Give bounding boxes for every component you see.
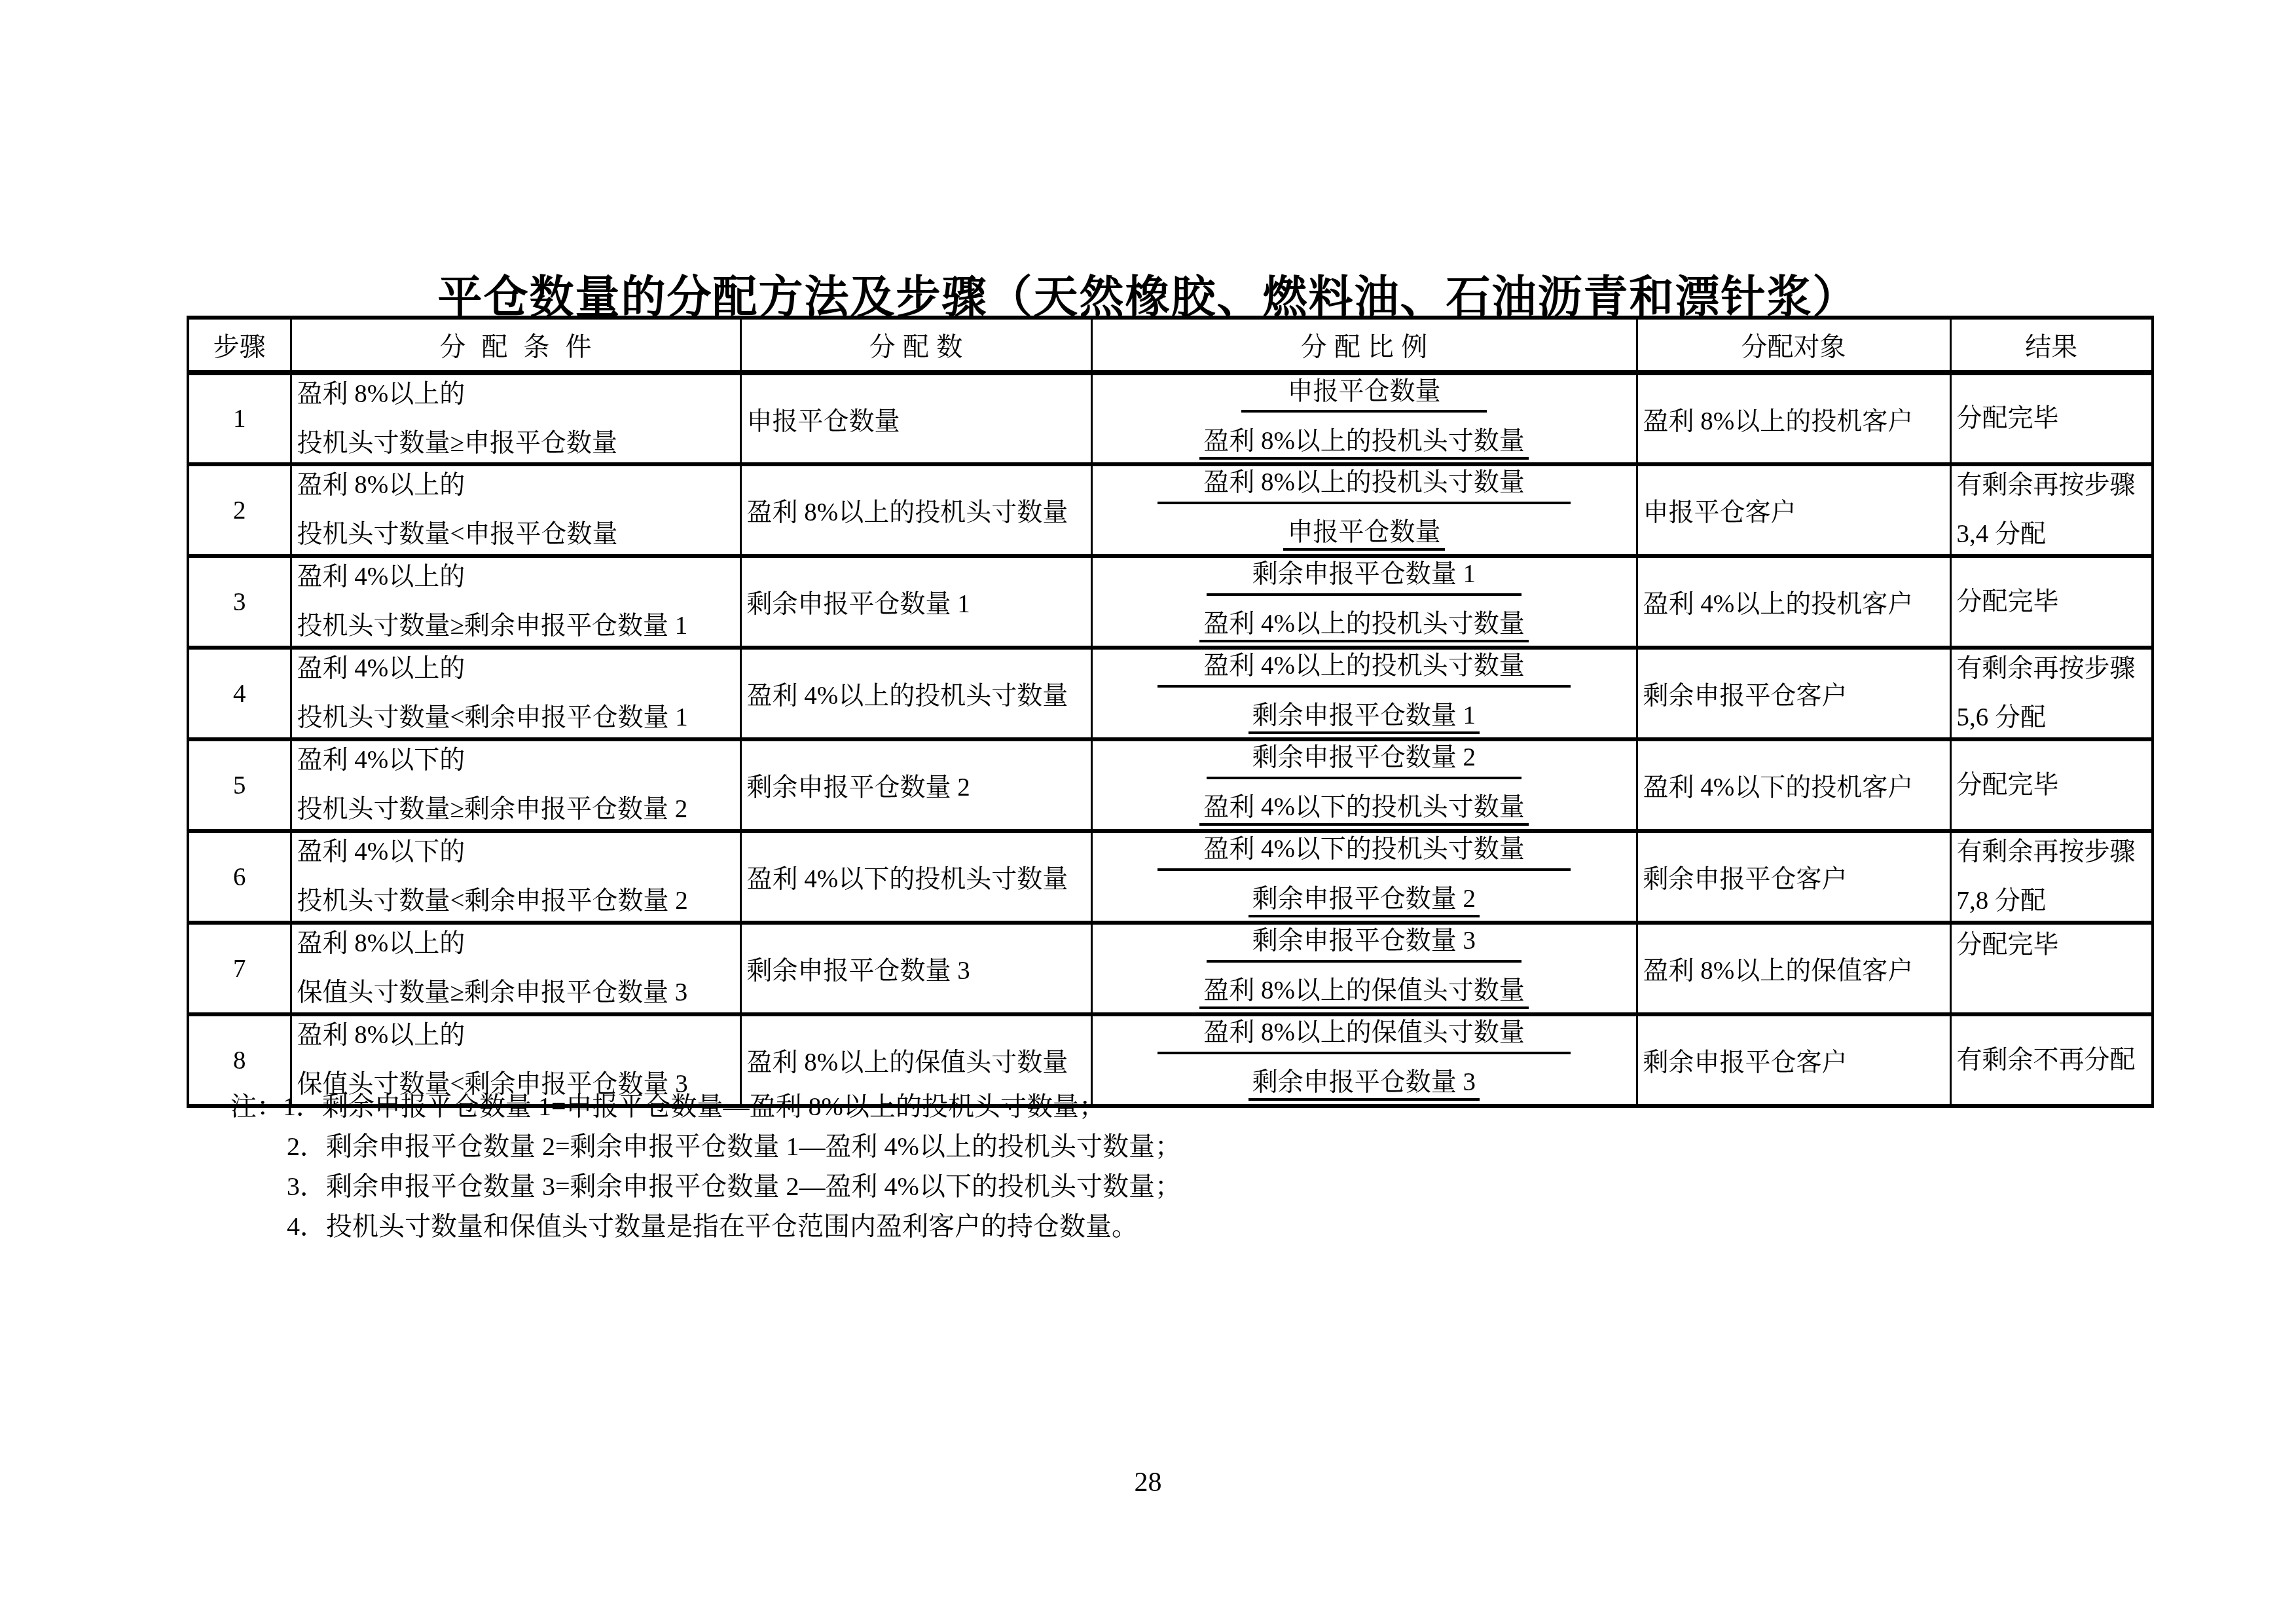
condition-line: 投机头寸数量<剩余申报平仓数量 2: [297, 887, 735, 916]
step-cell: 2: [188, 464, 291, 556]
condition-line: 投机头寸数量≥申报平仓数量: [297, 429, 735, 458]
allocation-number-cell: 剩余申报平仓数量 1: [740, 556, 1091, 648]
fraction-denominator: 剩余申报平仓数量 1: [1248, 703, 1480, 734]
allocation-ratio-cell: 盈利 8%以上的投机头寸数量 申报平仓数量: [1091, 464, 1637, 556]
col-header-condition: 分配条件: [291, 318, 740, 373]
ratio-fraction: 申报平仓数量 盈利 8%以上的投机头寸数量: [1098, 377, 1631, 461]
step-cell: 6: [188, 831, 291, 923]
col-header-result: 结果: [1950, 318, 2153, 373]
fraction-denominator: 盈利 4%以下的投机头寸数量: [1199, 794, 1529, 826]
condition-line: 投机头寸数量<剩余申报平仓数量 1: [297, 703, 735, 733]
note-line: 4．投机头寸数量和保值头寸数量是指在平仓范围内盈利客户的持仓数量。: [230, 1204, 1181, 1244]
step-number: 7: [233, 955, 246, 983]
condition-line: 盈利 8%以上的: [297, 1021, 735, 1050]
condition-line: 盈利 8%以上的: [297, 380, 735, 409]
step-number: 1: [233, 405, 246, 433]
result-line: 有剩余再按步骤: [1957, 838, 2147, 867]
result-line: 有剩余再按步骤: [1957, 654, 2147, 684]
result-cell: 有剩余再按步骤7,8 分配: [1950, 831, 2153, 923]
step-number: 3: [233, 588, 246, 616]
fraction-denominator: 盈利 8%以上的保值头寸数量: [1199, 978, 1529, 1009]
fraction-numerator: 盈利 8%以上的投机头寸数量: [1157, 470, 1571, 504]
ratio-fraction: 盈利 4%以上的投机头寸数量 剩余申报平仓数量 1: [1098, 652, 1631, 735]
fraction-numerator: 申报平仓数量: [1241, 378, 1486, 413]
table-row: 5 盈利 4%以下的 投机头寸数量≥剩余申报平仓数量 2 剩余申报平仓数量 2 …: [188, 739, 2153, 831]
condition-cell: 盈利 4%以上的 投机头寸数量≥剩余申报平仓数量 1: [291, 556, 740, 648]
allocation-target-cell: 盈利 4%以下的投机客户: [1637, 739, 1950, 831]
col-header-step: 步骤: [188, 318, 291, 373]
page-number: 28: [0, 1467, 2296, 1498]
result-line: 7,8 分配: [1957, 887, 2147, 916]
condition-line: 投机头寸数量<申报平仓数量: [297, 520, 735, 549]
allocation-ratio-cell: 剩余申报平仓数量 2 盈利 4%以下的投机头寸数量: [1091, 739, 1637, 831]
condition-cell: 盈利 8%以上的 投机头寸数量<申报平仓数量: [291, 464, 740, 556]
condition-line: 盈利 4%以下的: [297, 746, 735, 775]
result-cell: 分配完毕: [1950, 923, 2153, 1014]
fraction-denominator: 盈利 8%以上的投机头寸数量: [1199, 428, 1529, 460]
allocation-number-cell: 盈利 8%以上的投机头寸数量: [740, 464, 1091, 556]
ratio-fraction: 剩余申报平仓数量 3 盈利 8%以上的保值头寸数量: [1098, 927, 1631, 1010]
condition-line: 盈利 4%以下的: [297, 838, 735, 867]
result-cell: 分配完毕: [1950, 373, 2153, 464]
condition-cell: 盈利 4%以下的 投机头寸数量≥剩余申报平仓数量 2: [291, 739, 740, 831]
result-line: 分配完毕: [1957, 587, 2147, 617]
fraction-numerator: 剩余申报平仓数量 2: [1207, 745, 1522, 779]
step-number: 6: [233, 863, 246, 891]
fraction-denominator: 剩余申报平仓数量 3: [1248, 1069, 1480, 1101]
allocation-ratio-cell: 剩余申报平仓数量 1 盈利 4%以上的投机头寸数量: [1091, 556, 1637, 648]
allocation-number-cell: 申报平仓数量: [740, 373, 1091, 464]
allocation-ratio-cell: 申报平仓数量 盈利 8%以上的投机头寸数量: [1091, 373, 1637, 464]
result-line: 分配完毕: [1957, 404, 2147, 434]
step-number: 8: [233, 1046, 246, 1075]
condition-line: 盈利 4%以上的: [297, 654, 735, 684]
step-number: 5: [233, 771, 246, 800]
fraction-denominator: 申报平仓数量: [1283, 519, 1444, 551]
col-header-alloc-number: 分配数: [740, 318, 1091, 373]
notes: 注：1．剩余申报平仓数量 1=申报平仓数量—盈利 8%以上的投机头寸数量；2．剩…: [230, 1084, 1181, 1244]
result-line: 分配完毕: [1957, 771, 2147, 800]
ratio-fraction: 剩余申报平仓数量 2 盈利 4%以下的投机头寸数量: [1098, 743, 1631, 827]
table-header: 步骤 分配条件 分配数 分配比例 分配对象 结果: [188, 318, 2153, 373]
allocation-ratio-cell: 剩余申报平仓数量 3 盈利 8%以上的保值头寸数量: [1091, 923, 1637, 1014]
condition-cell: 盈利 8%以上的 投机头寸数量≥申报平仓数量: [291, 373, 740, 464]
step-cell: 1: [188, 373, 291, 464]
ratio-fraction: 剩余申报平仓数量 1 盈利 4%以上的投机头寸数量: [1098, 560, 1631, 644]
allocation-target-cell: 剩余申报平仓客户: [1637, 831, 1950, 923]
note-line: 3．剩余申报平仓数量 3=剩余申报平仓数量 2—盈利 4%以下的投机头寸数量；: [230, 1164, 1181, 1204]
ratio-fraction: 盈利 4%以下的投机头寸数量 剩余申报平仓数量 2: [1098, 835, 1631, 919]
note-line: 2．剩余申报平仓数量 2=剩余申报平仓数量 1—盈利 4%以上的投机头寸数量；: [230, 1124, 1181, 1164]
allocation-target-cell: 盈利 8%以上的保值客户: [1637, 923, 1950, 1014]
result-line: 3,4 分配: [1957, 520, 2147, 549]
allocation-target-cell: 申报平仓客户: [1637, 464, 1950, 556]
fraction-numerator: 盈利 8%以上的保值头寸数量: [1157, 1020, 1571, 1054]
result-line: 分配完毕: [1957, 931, 2147, 960]
condition-line: 盈利 8%以上的: [297, 471, 735, 500]
ratio-fraction: 盈利 8%以上的投机头寸数量 申报平仓数量: [1098, 468, 1631, 552]
result-line: 有剩余不再分配: [1957, 1046, 2147, 1075]
condition-cell: 盈利 4%以上的 投机头寸数量<剩余申报平仓数量 1: [291, 648, 740, 739]
table-row: 6 盈利 4%以下的 投机头寸数量<剩余申报平仓数量 2 盈利 4%以下的投机头…: [188, 831, 2153, 923]
col-header-alloc-target: 分配对象: [1637, 318, 1950, 373]
fraction-numerator: 盈利 4%以下的投机头寸数量: [1157, 836, 1571, 871]
fraction-numerator: 剩余申报平仓数量 3: [1207, 928, 1522, 963]
result-cell: 分配完毕: [1950, 739, 2153, 831]
result-cell: 分配完毕: [1950, 556, 2153, 648]
table-body: 1 盈利 8%以上的 投机头寸数量≥申报平仓数量 申报平仓数量 申报平仓数量 盈…: [188, 373, 2153, 1106]
condition-line: 保值头寸数量≥剩余申报平仓数量 3: [297, 978, 735, 1008]
allocation-number-cell: 剩余申报平仓数量 2: [740, 739, 1091, 831]
step-number: 2: [233, 496, 246, 525]
result-line: 有剩余再按步骤: [1957, 471, 2147, 500]
table-row: 7 盈利 8%以上的 保值头寸数量≥剩余申报平仓数量 3 剩余申报平仓数量 3 …: [188, 923, 2153, 1014]
table-row: 2 盈利 8%以上的 投机头寸数量<申报平仓数量 盈利 8%以上的投机头寸数量 …: [188, 464, 2153, 556]
table-row: 4 盈利 4%以上的 投机头寸数量<剩余申报平仓数量 1 盈利 4%以上的投机头…: [188, 648, 2153, 739]
allocation-ratio-cell: 盈利 4%以下的投机头寸数量 剩余申报平仓数量 2: [1091, 831, 1637, 923]
allocation-target-cell: 盈利 4%以上的投机客户: [1637, 556, 1950, 648]
allocation-number-cell: 盈利 4%以上的投机头寸数量: [740, 648, 1091, 739]
condition-line: 盈利 4%以上的: [297, 563, 735, 592]
result-cell: 有剩余不再分配: [1950, 1014, 2153, 1106]
document-page: 平仓数量的分配方法及步骤（天然橡胶、燃料油、石油沥青和漂针浆） 步骤 分配条件 …: [0, 0, 2296, 1624]
note-line: 注：1．剩余申报平仓数量 1=申报平仓数量—盈利 8%以上的投机头寸数量；: [230, 1084, 1181, 1124]
header-row: 步骤 分配条件 分配数 分配比例 分配对象 结果: [188, 318, 2153, 373]
col-header-alloc-ratio: 分配比例: [1091, 318, 1637, 373]
allocation-target-cell: 剩余申报平仓客户: [1637, 1014, 1950, 1106]
fraction-numerator: 剩余申报平仓数量 1: [1207, 561, 1522, 596]
condition-line: 投机头寸数量≥剩余申报平仓数量 1: [297, 612, 735, 641]
table-row: 3 盈利 4%以上的 投机头寸数量≥剩余申报平仓数量 1 剩余申报平仓数量 1 …: [188, 556, 2153, 648]
allocation-number-cell: 盈利 4%以下的投机头寸数量: [740, 831, 1091, 923]
allocation-target-cell: 盈利 8%以上的投机客户: [1637, 373, 1950, 464]
step-number: 4: [233, 680, 246, 708]
allocation-number-cell: 剩余申报平仓数量 3: [740, 923, 1091, 1014]
step-cell: 4: [188, 648, 291, 739]
condition-line: 盈利 8%以上的: [297, 929, 735, 959]
allocation-table: 步骤 分配条件 分配数 分配比例 分配对象 结果 1 盈利 8%以上的 投机头寸…: [187, 316, 2154, 1108]
fraction-numerator: 盈利 4%以上的投机头寸数量: [1157, 653, 1571, 688]
condition-cell: 盈利 8%以上的 保值头寸数量≥剩余申报平仓数量 3: [291, 923, 740, 1014]
result-cell: 有剩余再按步骤3,4 分配: [1950, 464, 2153, 556]
condition-cell: 盈利 4%以下的 投机头寸数量<剩余申报平仓数量 2: [291, 831, 740, 923]
step-cell: 3: [188, 556, 291, 648]
step-cell: 7: [188, 923, 291, 1014]
condition-line: 投机头寸数量≥剩余申报平仓数量 2: [297, 795, 735, 824]
allocation-ratio-cell: 盈利 4%以上的投机头寸数量 剩余申报平仓数量 1: [1091, 648, 1637, 739]
fraction-denominator: 盈利 4%以上的投机头寸数量: [1199, 611, 1529, 642]
step-cell: 5: [188, 739, 291, 831]
result-line: 5,6 分配: [1957, 703, 2147, 733]
notes-prefix: 注：: [230, 1086, 283, 1123]
fraction-denominator: 剩余申报平仓数量 2: [1248, 886, 1480, 917]
allocation-target-cell: 剩余申报平仓客户: [1637, 648, 1950, 739]
table-row: 1 盈利 8%以上的 投机头寸数量≥申报平仓数量 申报平仓数量 申报平仓数量 盈…: [188, 373, 2153, 464]
result-cell: 有剩余再按步骤5,6 分配: [1950, 648, 2153, 739]
